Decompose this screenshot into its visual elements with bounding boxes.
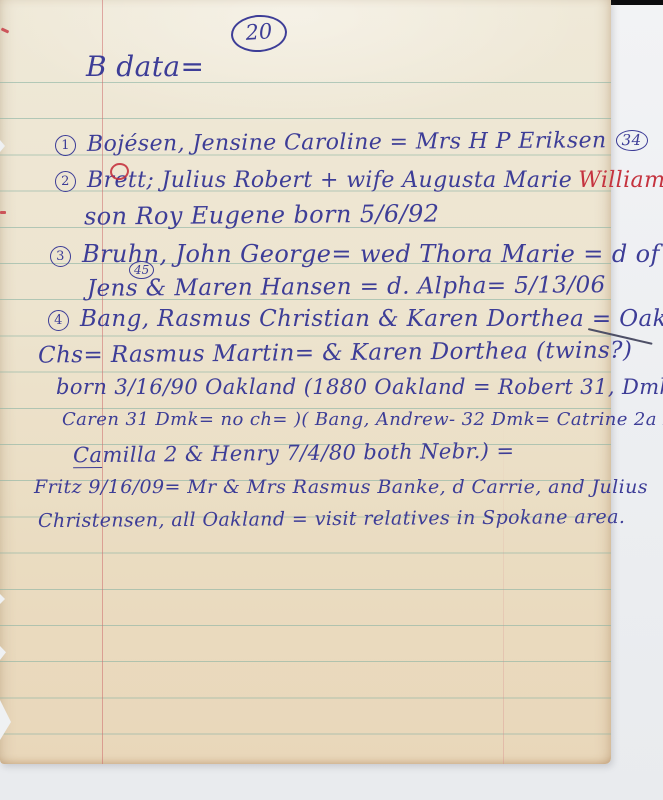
right-margin-line <box>503 420 504 764</box>
cross-ref-34: 34 <box>615 130 647 151</box>
entry-2-line-1: 2Brett; Julius Robert + wife Augusta Mar… <box>55 169 663 194</box>
underlined-segment: Ca <box>73 443 103 468</box>
red-edge-mark <box>0 211 6 214</box>
entry-4-line-2: Chs= Rasmus Martin= & Karen Dorthea (twi… <box>38 338 633 368</box>
entry-1-line: 1Bojésen, Jensine Caroline = Mrs H P Eri… <box>55 129 648 158</box>
entry-4-number: 4 <box>48 310 69 331</box>
entry-1-number: 1 <box>55 135 76 156</box>
entry-4-line-3: born 3/16/90 Oakland (1880 Oakland = Rob… <box>56 376 663 399</box>
entry-1-text: Bojésen, Jensine Caroline = Mrs H P Erik… <box>87 128 607 157</box>
entry-3-number: 3 <box>50 246 71 267</box>
page-number: 20 <box>245 19 273 45</box>
notebook-paper: 20 B data= 1Bojésen, Jensine Caroline = … <box>0 0 611 764</box>
entry-4-line-1: 4Bang, Rasmus Christian & Karen Dorthea … <box>48 307 663 333</box>
red-edge-mark <box>1 27 10 33</box>
heading-b-data: B data= <box>86 52 204 83</box>
entry-2-number: 2 <box>55 171 76 192</box>
scanner-black-edge <box>609 0 663 5</box>
entry-2-text-blue: Brett; Julius Robert + wife Augusta Mari… <box>87 168 572 193</box>
entry-4-line-5: Camilla 2 & Henry 7/4/80 both Nebr.) = <box>73 440 515 468</box>
entry-4-line-4: Caren 31 Dmk= no ch= )( Bang, Andrew- 32… <box>62 410 663 430</box>
entry-2-line-2: son Roy Eugene born 5/6/92 <box>84 200 440 229</box>
page-number-circled: 20 <box>230 13 288 54</box>
entry-4-text: Bang, Rasmus Christian & Karen Dorthea =… <box>80 306 663 332</box>
entry-3-line-2: Jens & Maren Hansen = d. Alpha= 5/13/06 <box>87 273 606 302</box>
entry-3-text: Bruhn, John George= wed Thora Marie = d … <box>82 240 660 268</box>
entry-4-line-7: Christensen, all Oakland = visit relativ… <box>38 507 625 532</box>
entry-4-line-6: Fritz 9/16/09= Mr & Mrs Rasmus Banke, d … <box>34 477 648 498</box>
entry-2-red-correction-text: Williamsen <box>578 168 663 193</box>
